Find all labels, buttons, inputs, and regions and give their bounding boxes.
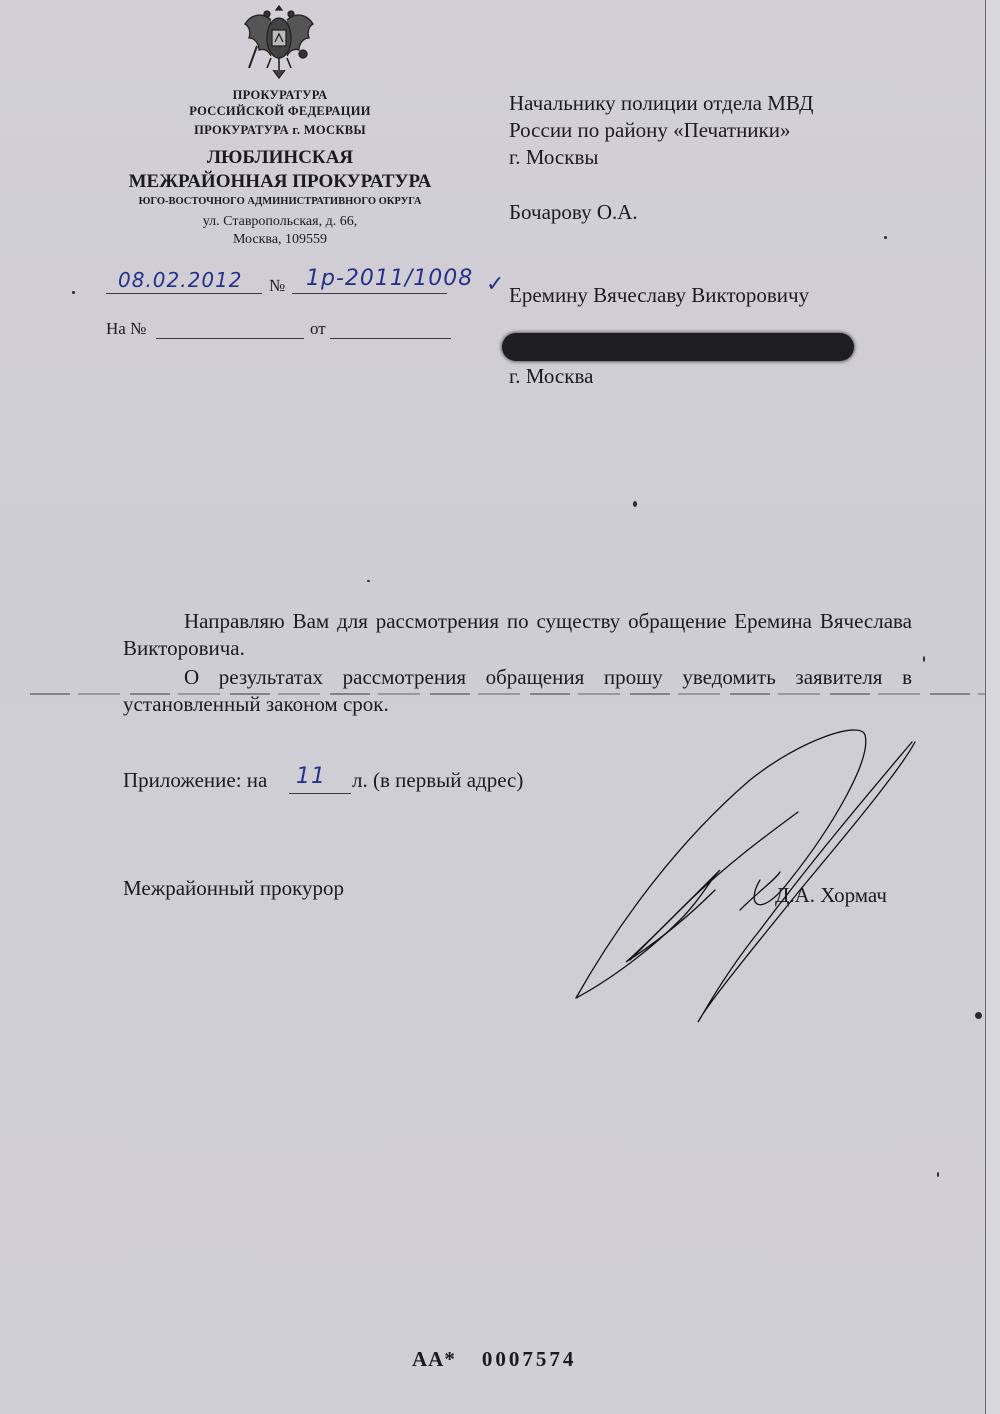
reply-to-label: На №: [106, 319, 146, 339]
page-edge-line: [985, 0, 986, 1414]
redacted-address: [502, 333, 854, 361]
letterhead-subtitle: ЮГО-ВОСТОЧНОГО АДМИНИСТРАТИВНОГО ОКРУГА: [100, 196, 460, 207]
attachment-label: Приложение: на: [123, 768, 267, 793]
letterhead-title-2: МЕЖРАЙОННАЯ ПРОКУРАТУРА: [100, 171, 460, 193]
document-page: ПРОКУРАТУРА РОССИЙСКОЙ ФЕДЕРАЦИИ ПРОКУРА…: [0, 0, 1000, 1414]
letterhead-line-1: ПРОКУРАТУРА: [100, 88, 460, 103]
date-underline: [106, 293, 262, 294]
letterhead-title-1: ЛЮБЛИНСКАЯ: [100, 147, 460, 169]
scan-speck: [975, 1012, 982, 1019]
applicant-name: Еремину Вячеславу Викторовичу: [509, 283, 809, 308]
form-series: АА*: [412, 1347, 456, 1371]
form-number: 0007574: [482, 1347, 577, 1371]
letterhead-address-2: Москва, 109559: [100, 232, 460, 248]
scan-speck: [72, 291, 75, 294]
recipient-line-2: России по району «Печатники»: [509, 118, 790, 143]
coat-of-arms-icon: [241, 2, 317, 82]
from-underline: [330, 338, 451, 339]
recipient-line-1: Начальнику полиции отдела МВД: [509, 91, 813, 116]
signatory-position: Межрайонный прокурор: [123, 876, 344, 901]
handwritten-page-count: 11: [296, 764, 326, 789]
reply-to-underline: [156, 338, 304, 339]
handwritten-number: 1р-2011/1008: [306, 266, 473, 291]
letterhead-line-3: ПРОКУРАТУРА г. МОСКВЫ: [100, 123, 460, 138]
letterhead-line-2: РОССИЙСКОЙ ФЕДЕРАЦИИ: [100, 104, 460, 119]
handwritten-signature: [560, 720, 940, 1030]
scan-speck: [937, 1172, 939, 1177]
scan-speck: [923, 656, 925, 662]
page-edge: [986, 0, 1000, 1414]
scan-speck: [367, 580, 370, 582]
applicant-city: г. Москва: [509, 364, 593, 389]
body-paragraph-2: О результатах рассмотрения обращения про…: [123, 664, 912, 718]
handwritten-checkmark: ✓: [486, 272, 505, 297]
page-count-underline: [289, 793, 351, 794]
attachment-suffix: л. (в первый адрес): [352, 768, 523, 793]
handwritten-date: 08.02.2012: [118, 268, 243, 292]
body-paragraph-1: Направляю Вам для рассмотрения по сущест…: [123, 608, 912, 662]
scan-speck: [884, 236, 887, 239]
number-label: №: [269, 276, 285, 296]
recipient-line-3: г. Москвы: [509, 145, 598, 170]
form-serial-number: АА*0007574: [412, 1347, 576, 1372]
number-underline: [292, 293, 447, 294]
recipient-name: Бочарову О.А.: [509, 200, 638, 225]
scan-speck: [633, 501, 637, 507]
letterhead-address-1: ул. Ставропольская, д. 66,: [100, 214, 460, 230]
from-label: от: [310, 319, 326, 339]
